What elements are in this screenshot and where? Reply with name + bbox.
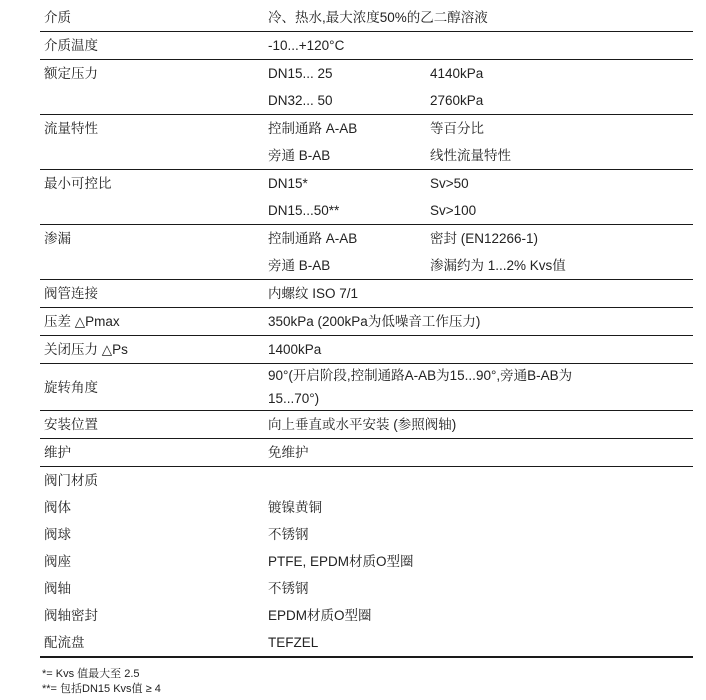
value-col-1: 控制通路 A-AB — [268, 230, 430, 247]
value-line: 冷、热水,最大浓度50%的乙二醇溶液 — [268, 4, 693, 31]
row-values: 冷、热水,最大浓度50%的乙二醇溶液 — [268, 4, 693, 31]
row-values: 内螺纹 ISO 7/1 — [268, 280, 693, 307]
value-line — [268, 467, 693, 494]
value-full: TEFZEL — [268, 634, 693, 651]
value-line: TEFZEL — [268, 629, 693, 656]
table-row: 阀管连接内螺纹 ISO 7/1 — [40, 280, 693, 308]
row-values: TEFZEL — [268, 629, 693, 656]
value-full: 90°(开启阶段,控制通路A-AB为15...90°,旁通B-AB为 — [268, 366, 693, 385]
value-full — [268, 472, 693, 489]
value-col-2: Sv>100 — [430, 202, 693, 219]
row-label: 阀门材质 — [40, 467, 268, 494]
row-values: DN15... 254140kPaDN32... 502760kPa — [268, 60, 693, 114]
value-line: -10...+120°C — [268, 32, 693, 59]
table-row: 流量特性控制通路 A-AB等百分比旁通 B-AB线性流量特性 — [40, 115, 693, 170]
value-line: DN15*Sv>50 — [268, 170, 693, 197]
table-row: 渗漏控制通路 A-AB密封 (EN12266-1)旁通 B-AB渗漏约为 1..… — [40, 225, 693, 280]
row-label: 维护 — [40, 439, 268, 466]
row-values: 350kPa (200kPa为低噪音工作压力) — [268, 308, 693, 335]
value-col-1: DN15... 25 — [268, 65, 430, 82]
value-full: 冷、热水,最大浓度50%的乙二醇溶液 — [268, 9, 693, 26]
row-label: 介质 — [40, 4, 268, 31]
value-line: 1400kPa — [268, 336, 693, 363]
value-line: PTFE, EPDM材质O型圈 — [268, 548, 693, 575]
row-values: -10...+120°C — [268, 32, 693, 59]
value-line: DN15... 254140kPa — [268, 60, 693, 87]
row-label: 阀球 — [40, 521, 268, 548]
row-label: 配流盘 — [40, 629, 268, 656]
table-row: 最小可控比DN15*Sv>50DN15...50**Sv>100 — [40, 170, 693, 225]
row-label: 流量特性 — [40, 115, 268, 169]
table-row: 关闭压力 △Ps1400kPa — [40, 336, 693, 364]
row-label: 安装位置 — [40, 411, 268, 438]
row-label: 渗漏 — [40, 225, 268, 279]
value-line: 控制通路 A-AB等百分比 — [268, 115, 693, 142]
spec-table: 介质冷、热水,最大浓度50%的乙二醇溶液介质温度-10...+120°C额定压力… — [40, 4, 693, 658]
value-full: 不锈钢 — [268, 526, 693, 543]
value-line: 350kPa (200kPa为低噪音工作压力) — [268, 308, 693, 335]
value-full: 内螺纹 ISO 7/1 — [268, 285, 693, 302]
value-line: 不锈钢 — [268, 521, 693, 548]
value-line: 90°(开启阶段,控制通路A-AB为15...90°,旁通B-AB为 — [268, 364, 693, 387]
value-line: 不锈钢 — [268, 575, 693, 602]
row-values: 1400kPa — [268, 336, 693, 363]
valve-spec-sheet: 介质冷、热水,最大浓度50%的乙二醇溶液介质温度-10...+120°C额定压力… — [0, 0, 706, 700]
row-values: DN15*Sv>50DN15...50**Sv>100 — [268, 170, 693, 224]
value-col-2: 线性流量特性 — [430, 147, 693, 164]
row-values: 向上垂直或水平安装 (参照阀轴) — [268, 411, 693, 438]
value-full: 向上垂直或水平安装 (参照阀轴) — [268, 416, 693, 433]
value-full: 350kPa (200kPa为低噪音工作压力) — [268, 313, 693, 330]
row-label: 阀管连接 — [40, 280, 268, 307]
value-line: 旁通 B-AB渗漏约为 1...2% Kvs值 — [268, 252, 693, 279]
table-row: 压差 △Pmax350kPa (200kPa为低噪音工作压力) — [40, 308, 693, 336]
value-line: 向上垂直或水平安装 (参照阀轴) — [268, 411, 693, 438]
value-line: 15...70°) — [268, 387, 693, 410]
row-values: 不锈钢 — [268, 521, 693, 548]
table-row: 阀门材质 — [40, 467, 693, 494]
table-row: 旋转角度90°(开启阶段,控制通路A-AB为15...90°,旁通B-AB为15… — [40, 364, 693, 411]
value-col-1: 旁通 B-AB — [268, 257, 430, 274]
table-row: 介质温度-10...+120°C — [40, 32, 693, 60]
table-row: 阀球不锈钢 — [40, 521, 693, 548]
value-col-1: DN15* — [268, 175, 430, 192]
value-full: 不锈钢 — [268, 580, 693, 597]
value-line: 控制通路 A-AB密封 (EN12266-1) — [268, 225, 693, 252]
value-line: 镀镍黄铜 — [268, 494, 693, 521]
value-col-1: 控制通路 A-AB — [268, 120, 430, 137]
table-row: 介质冷、热水,最大浓度50%的乙二醇溶液 — [40, 4, 693, 32]
table-row: 维护免维护 — [40, 439, 693, 467]
value-line: DN32... 502760kPa — [268, 87, 693, 114]
value-col-2: Sv>50 — [430, 175, 693, 192]
value-col-1: 旁通 B-AB — [268, 147, 430, 164]
row-label: 旋转角度 — [40, 374, 268, 401]
value-line: 旁通 B-AB线性流量特性 — [268, 142, 693, 169]
row-label: 额定压力 — [40, 60, 268, 114]
value-col-2: 密封 (EN12266-1) — [430, 230, 693, 247]
table-row: 阀轴不锈钢 — [40, 575, 693, 602]
value-line: EPDM材质O型圈 — [268, 602, 693, 629]
value-full: 1400kPa — [268, 341, 693, 358]
value-col-2: 渗漏约为 1...2% Kvs值 — [430, 257, 693, 274]
footnote-1: *= Kvs 值最大至 2.5 — [42, 667, 693, 682]
row-values: 控制通路 A-AB密封 (EN12266-1)旁通 B-AB渗漏约为 1...2… — [268, 225, 693, 279]
row-label: 阀轴 — [40, 575, 268, 602]
value-line: 内螺纹 ISO 7/1 — [268, 280, 693, 307]
row-label: 阀轴密封 — [40, 602, 268, 629]
table-row: 阀轴密封EPDM材质O型圈 — [40, 602, 693, 629]
value-full: 镀镍黄铜 — [268, 499, 693, 516]
value-full: EPDM材质O型圈 — [268, 607, 693, 624]
table-row: 配流盘TEFZEL — [40, 629, 693, 658]
row-values: 镀镍黄铜 — [268, 494, 693, 521]
row-label: 阀体 — [40, 494, 268, 521]
row-values: 免维护 — [268, 439, 693, 466]
value-col-2: 4140kPa — [430, 65, 693, 82]
table-row: 额定压力DN15... 254140kPaDN32... 502760kPa — [40, 60, 693, 115]
value-line: DN15...50**Sv>100 — [268, 197, 693, 224]
value-col-1: DN15...50** — [268, 202, 430, 219]
value-col-2: 2760kPa — [430, 92, 693, 109]
footnote-2: **= 包括DN15 Kvs值 ≥ 4 — [42, 682, 693, 697]
row-values: 不锈钢 — [268, 575, 693, 602]
value-full: 15...70°) — [268, 389, 693, 408]
row-values: PTFE, EPDM材质O型圈 — [268, 548, 693, 575]
row-values: 控制通路 A-AB等百分比旁通 B-AB线性流量特性 — [268, 115, 693, 169]
table-row: 安装位置向上垂直或水平安装 (参照阀轴) — [40, 411, 693, 439]
value-full: PTFE, EPDM材质O型圈 — [268, 553, 693, 570]
value-col-1: DN32... 50 — [268, 92, 430, 109]
row-label: 压差 △Pmax — [40, 308, 268, 335]
row-label: 阀座 — [40, 548, 268, 575]
row-values: 90°(开启阶段,控制通路A-AB为15...90°,旁通B-AB为15...7… — [268, 364, 693, 410]
row-label: 关闭压力 △Ps — [40, 336, 268, 363]
row-values — [268, 467, 693, 494]
value-col-2: 等百分比 — [430, 120, 693, 137]
table-row: 阀体镀镍黄铜 — [40, 494, 693, 521]
footnotes: *= Kvs 值最大至 2.5 **= 包括DN15 Kvs值 ≥ 4 — [40, 667, 693, 696]
value-full: 免维护 — [268, 444, 693, 461]
row-values: EPDM材质O型圈 — [268, 602, 693, 629]
value-line: 免维护 — [268, 439, 693, 466]
value-full: -10...+120°C — [268, 37, 693, 54]
row-label: 介质温度 — [40, 32, 268, 59]
table-row: 阀座PTFE, EPDM材质O型圈 — [40, 548, 693, 575]
row-label: 最小可控比 — [40, 170, 268, 224]
